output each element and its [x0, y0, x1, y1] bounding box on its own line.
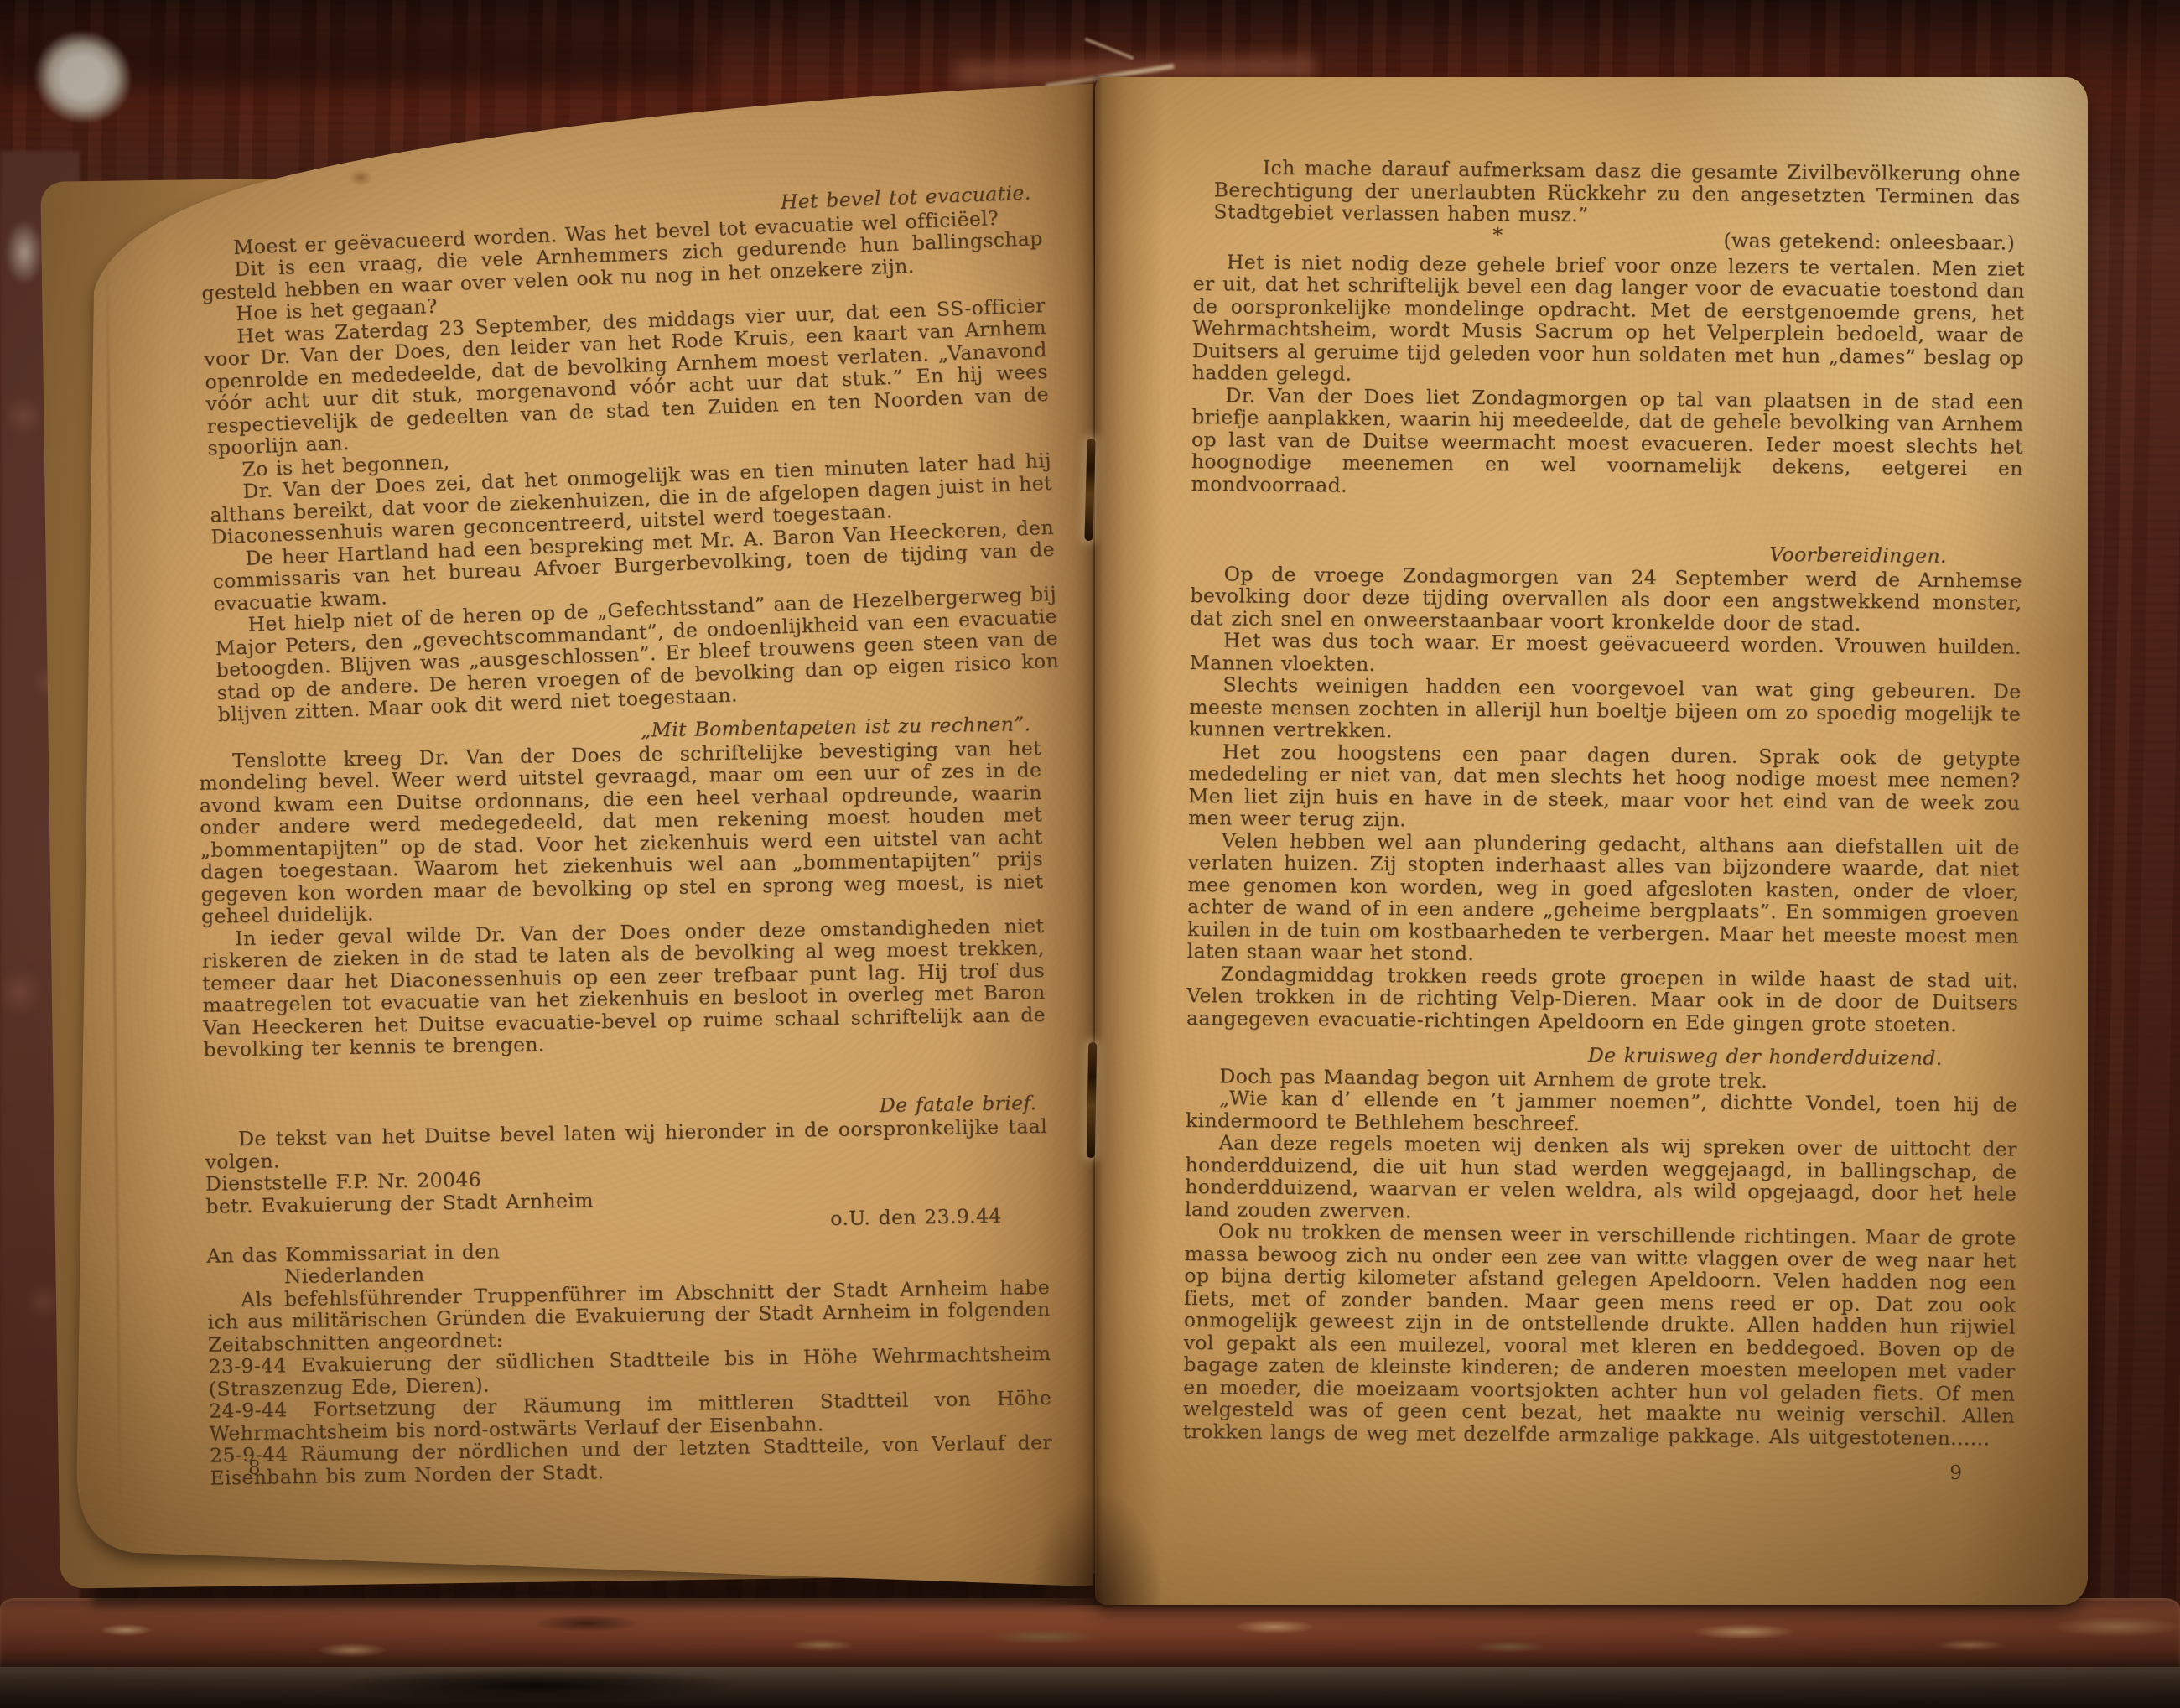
paint-chip-small	[5, 220, 44, 285]
left-page-text-lower: „Mit Bombentapeten ist zu rechnen”. Tens…	[198, 698, 1052, 1489]
asterisk-mark: *	[1492, 224, 1503, 247]
left-page-paper: Het bevel tot evacuatie. Moest er geëvac…	[74, 80, 1093, 1588]
right-page-text: Ich mache darauf aufmerksam dasz die ges…	[1183, 156, 2026, 1450]
table-front-shadow	[0, 1667, 2180, 1708]
page-number-left: 8	[248, 1457, 261, 1479]
paragraph: Aan deze regels moeten wij denken als wi…	[1185, 1131, 2017, 1228]
paragraph: In ieder geval wilde Dr. Van der Does on…	[201, 914, 1046, 1061]
right-page: Ich mache darauf aufmerksam dasz die ges…	[1095, 77, 2088, 1605]
paragraph: Slechts weinigen hadden een voorgevoel v…	[1189, 673, 2022, 747]
letter-quote: Ich mache darauf aufmerksam dasz die ges…	[1213, 156, 2021, 230]
paragraph: Het is niet nodig deze gehele brief voor…	[1192, 250, 2025, 391]
paragraph: Tenslotte kreeg Dr. Van der Does de schr…	[199, 736, 1044, 927]
paragraph: Ook nu trokken de mensen weer in verschi…	[1183, 1220, 2016, 1450]
paragraph: Zondagmiddag trokken reeds grote groepen…	[1186, 962, 2019, 1036]
left-page: Het bevel tot evacuatie. Moest er geëvac…	[74, 80, 1093, 1590]
paragraph: Het zou hoogstens een paar dagen duren. …	[1188, 740, 2021, 836]
page-number-right: 9	[1949, 1462, 1962, 1484]
paragraph: Op de vroege Zondagmorgen van 24 Septemb…	[1190, 562, 2022, 636]
paper-stain	[349, 169, 372, 186]
left-page-text-upper: Het bevel tot evacuatie. Moest er geëvac…	[199, 181, 1061, 726]
paragraph: Dr. Van der Does liet Zondagmorgen op ta…	[1191, 383, 2023, 501]
paragraph: Velen hebben wel aan plundering gedacht,…	[1187, 828, 2020, 969]
